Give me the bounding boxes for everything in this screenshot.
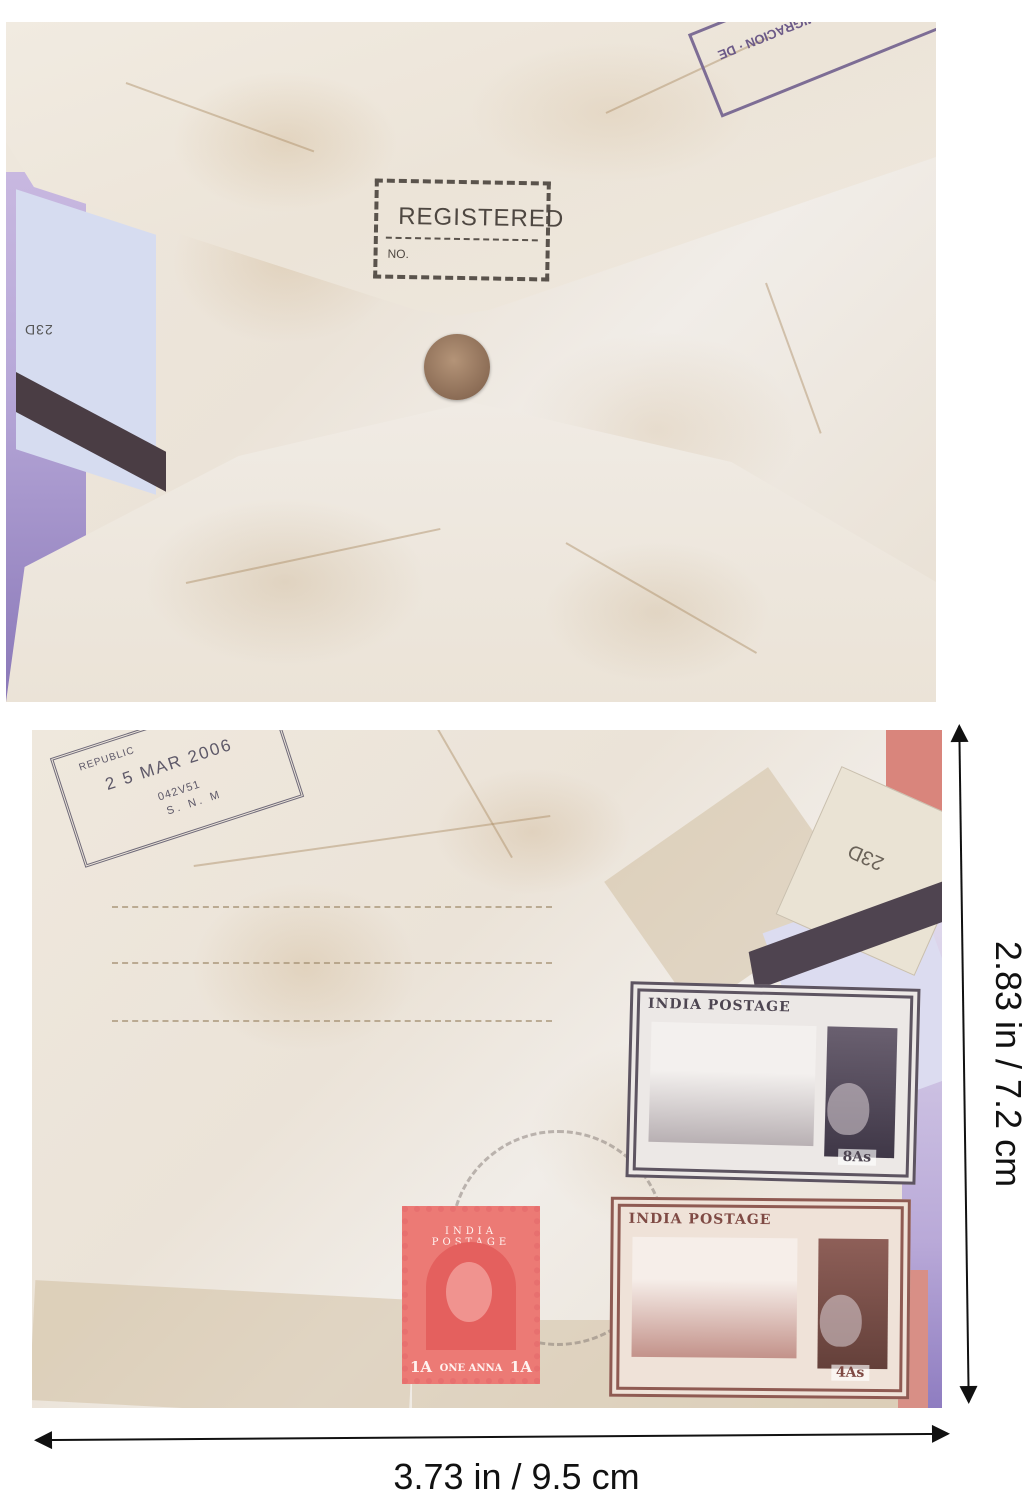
ticket-number: 23D <box>24 322 53 338</box>
date-stamp: REPUBLIC 2 5 MAR 2006 042V51 S. N. M <box>50 730 304 868</box>
ticket-number: 23D <box>845 838 888 874</box>
portrait-head <box>827 1082 870 1135</box>
portrait-head <box>820 1295 862 1347</box>
registered-stamp-title: REGISTERED <box>398 203 564 234</box>
postage-stamp-one-anna: INDIA POSTAGE 1A ONE ANNA 1A <box>402 1206 540 1384</box>
coin-seal-icon <box>424 334 490 400</box>
paper-crease <box>411 730 513 858</box>
width-dimension-arrow <box>36 1433 948 1441</box>
tape-strip <box>32 1280 415 1408</box>
height-dimension-label: 2.83 in / 7.2 cm <box>987 941 1029 1187</box>
date-stamp-date: 2 5 MAR 2006 <box>103 735 235 795</box>
king-portrait <box>824 1026 897 1158</box>
postage-stamp-4as: INDIA POSTAGE 4As <box>609 1197 911 1400</box>
registered-stamp-divider <box>386 237 538 242</box>
stamp-title: INDIA POSTAGE <box>629 1211 772 1228</box>
stamp-title: INDIA POSTAGE <box>648 996 791 1016</box>
address-line <box>112 1020 552 1022</box>
paper-crease <box>765 283 822 434</box>
address-line <box>112 962 552 964</box>
envelope-back-view: 23D NACIONAL DE MIGRACION · DE BOLIVIA R… <box>6 22 936 702</box>
train-illustration <box>631 1237 797 1358</box>
width-dimension-label: 3.73 in / 9.5 cm <box>0 1456 1033 1498</box>
paper-crease <box>194 815 551 867</box>
paper-crease <box>126 82 315 152</box>
king-portrait <box>446 1262 492 1322</box>
registered-stamp: REGISTERED NO. <box>373 178 551 281</box>
height-dimension-arrow <box>958 726 969 1402</box>
registered-stamp-number-label: NO. <box>387 247 409 261</box>
envelope-front-view: 23D REPUBLIC 2 5 MAR 2006 042V51 S. N. M… <box>32 730 942 1408</box>
bus-illustration <box>648 1022 816 1146</box>
king-portrait <box>817 1239 888 1370</box>
stamp-corner-value: 1A <box>510 1358 532 1376</box>
postage-stamp-8as: INDIA POSTAGE 8As <box>625 981 920 1185</box>
stamp-value: 8As <box>837 1149 876 1166</box>
stamp-value: 4As <box>831 1365 870 1381</box>
address-line <box>112 906 552 908</box>
